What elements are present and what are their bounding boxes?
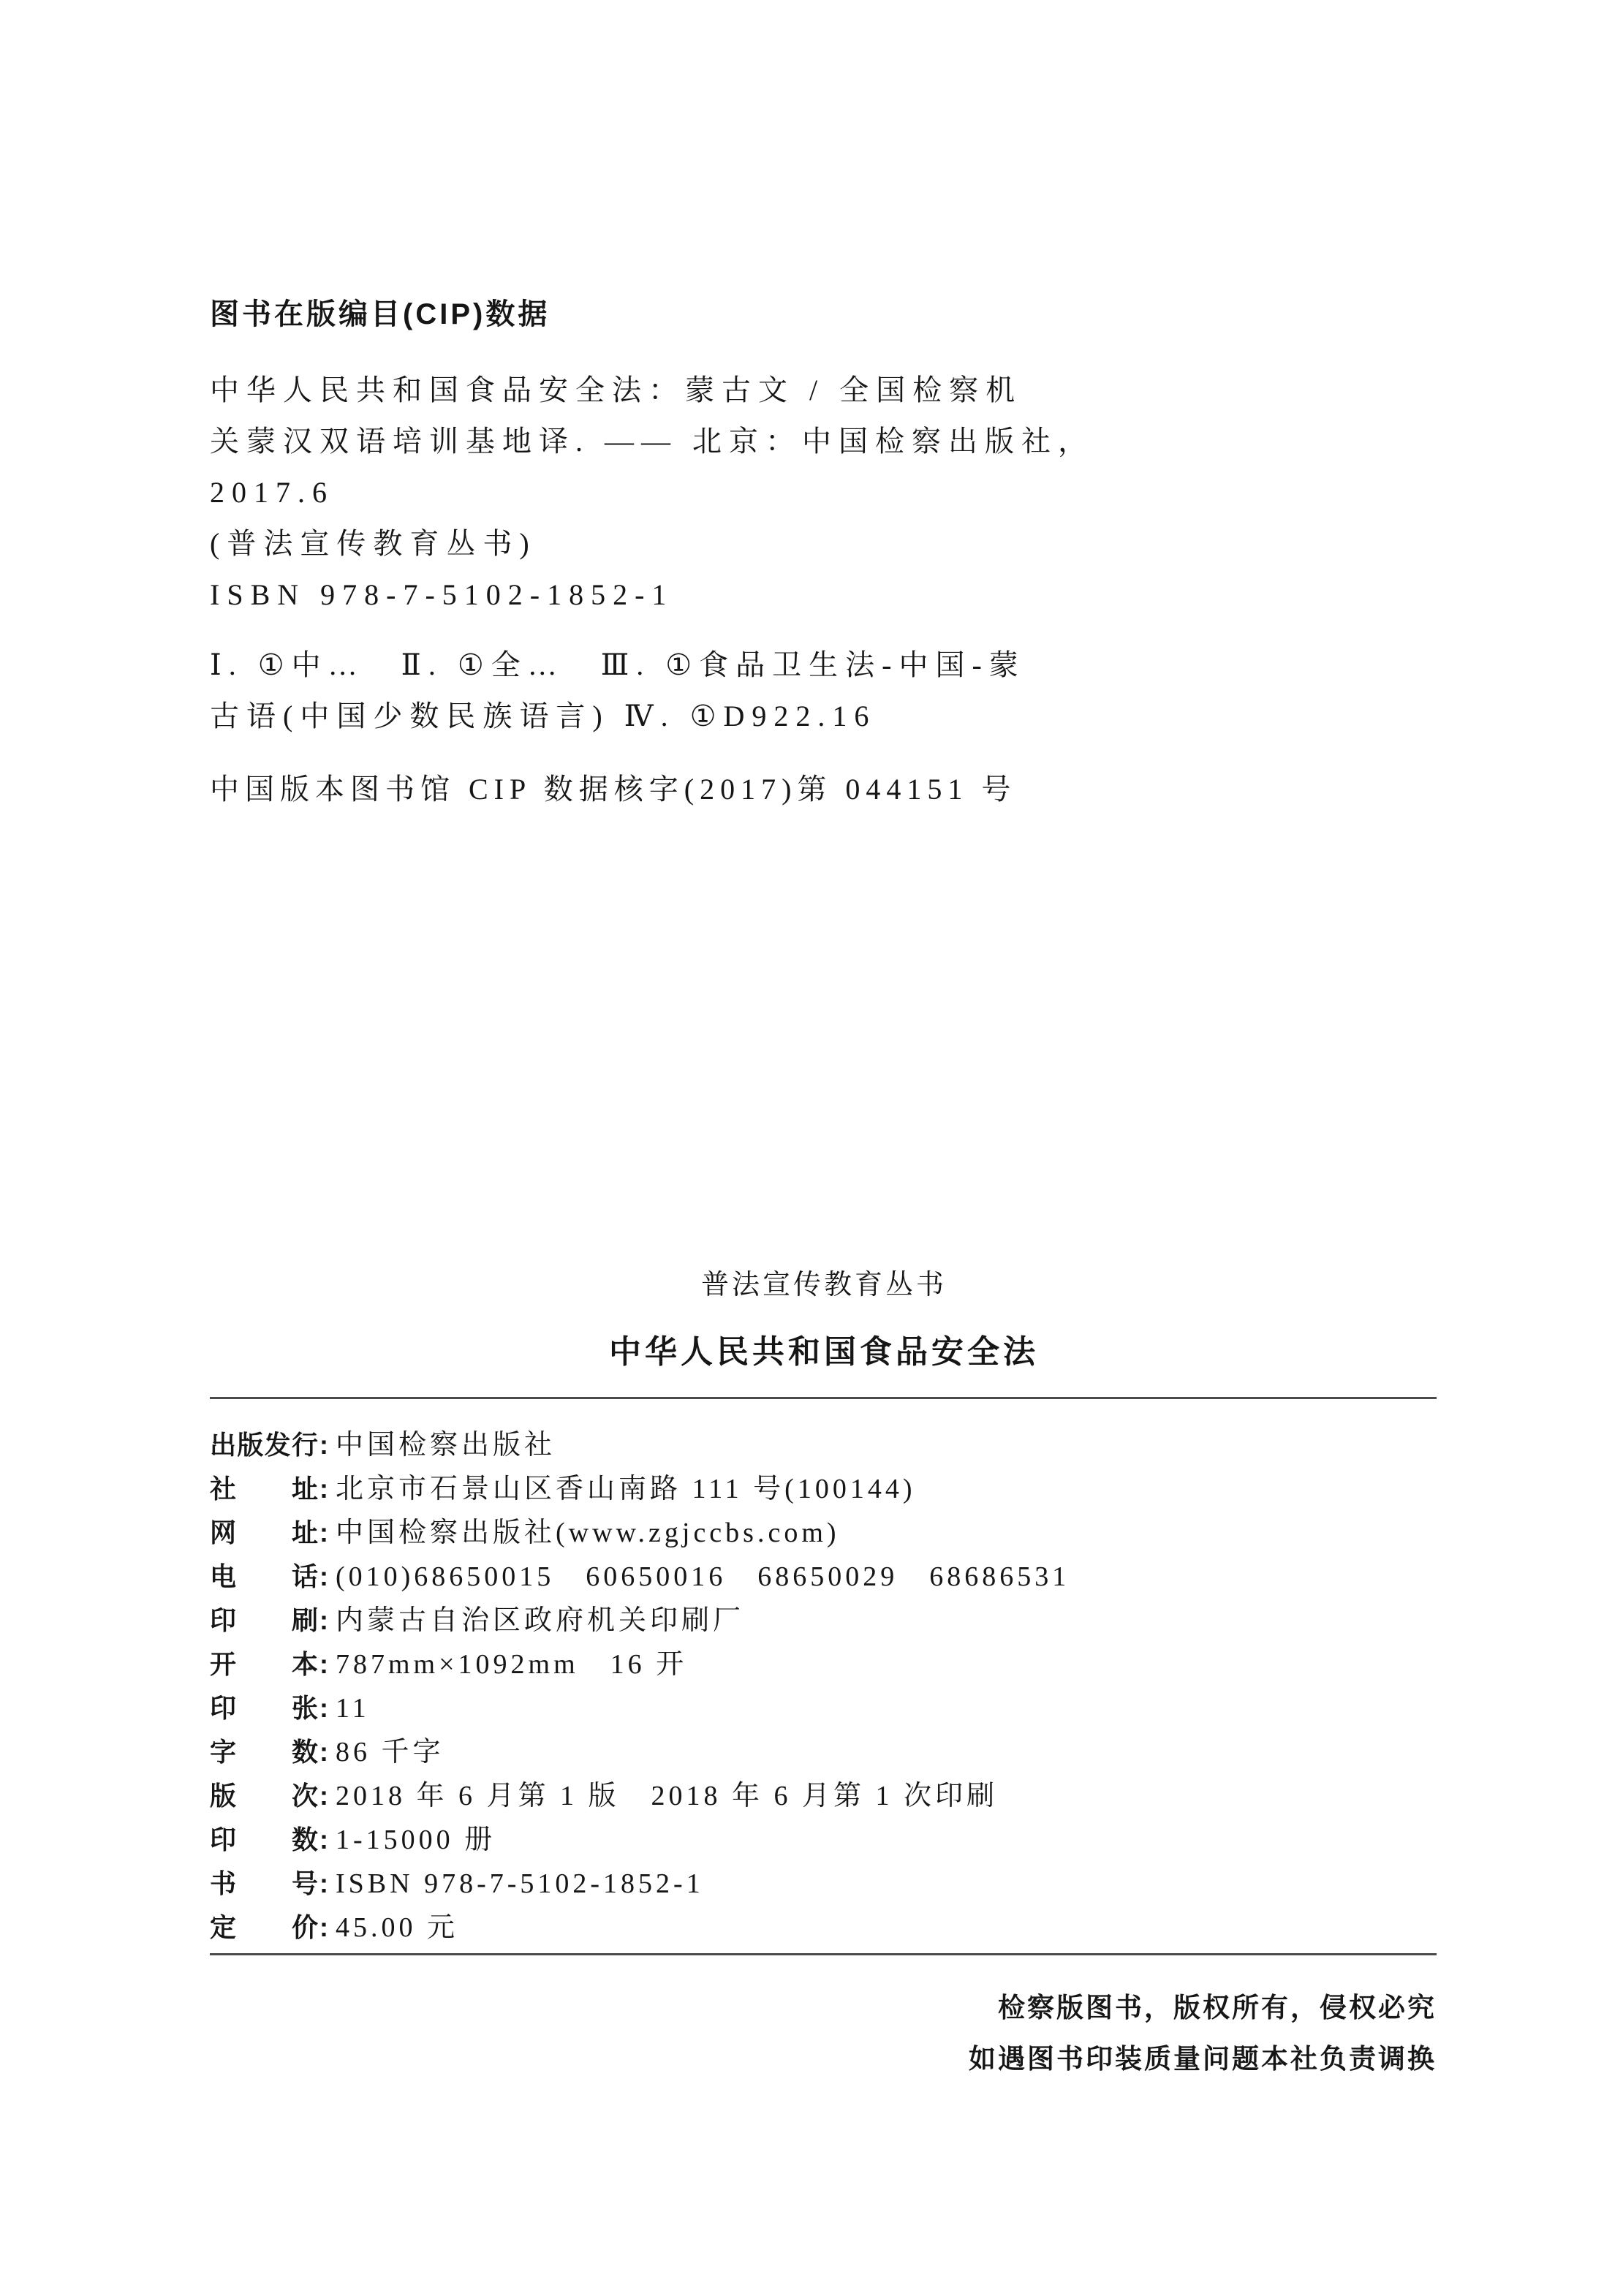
publication-value: 中国检察出版社: [336, 1423, 556, 1467]
divider-rule-top: [210, 1397, 1437, 1399]
cip-body-line: ISBN 978-7-5102-1852-1: [210, 569, 1445, 621]
publication-row: 社址:北京市石景山区香山南路 111 号(100144): [210, 1467, 1445, 1511]
publication-value: 内蒙古自治区政府机关印刷厂: [336, 1599, 744, 1643]
publication-colon: :: [319, 1774, 328, 1818]
publication-colon: :: [319, 1906, 328, 1950]
publication-colon: :: [319, 1599, 328, 1643]
book-title: 中华人民共和国食品安全法: [210, 1325, 1438, 1372]
publication-row: 出版发行:中国检察出版社: [210, 1423, 1445, 1467]
publication-row: 定价:45.00 元: [210, 1906, 1445, 1950]
publication-value: 45.00 元: [336, 1906, 458, 1950]
publication-label: 印刷: [210, 1599, 318, 1643]
publication-colon: :: [319, 1730, 328, 1774]
cip-body: 中华人民共和国食品安全法：蒙古文 / 全国检察机关蒙汉双语培训基地译. —— 北…: [210, 365, 1445, 621]
publication-label: 书号: [210, 1862, 318, 1906]
cip-section: 图书在版编目(CIP)数据 中华人民共和国食品安全法：蒙古文 / 全国检察机关蒙…: [210, 291, 1445, 815]
cip-record-number: 中国版本图书馆 CIP 数据核字(2017)第 044151 号: [210, 764, 1445, 815]
series-title: 普法宣传教育丛书: [210, 1262, 1438, 1302]
cip-heading: 图书在版编目(CIP)数据: [210, 291, 1445, 333]
publication-colon: :: [319, 1467, 328, 1511]
publication-info: 出版发行:中国检察出版社 社址:北京市石景山区香山南路 111 号(100144…: [210, 1423, 1445, 1950]
publication-colon: :: [319, 1643, 328, 1686]
book-copyright-page: 图书在版编目(CIP)数据 中华人民共和国食品安全法：蒙古文 / 全国检察机关蒙…: [0, 0, 1623, 2296]
cip-body-line: (普法宣传教育丛书): [210, 518, 1445, 569]
publication-value: 11: [336, 1686, 370, 1730]
cip-classification-line: Ⅰ. ①中… Ⅱ. ①全… Ⅲ. ①食品卫生法-中国-蒙: [210, 640, 1445, 691]
publication-colon: :: [319, 1423, 328, 1467]
publication-row: 字数:86 千字: [210, 1730, 1445, 1774]
publication-label: 电话: [210, 1555, 318, 1599]
publication-label: 印张: [210, 1686, 318, 1730]
notice-line: 如遇图书印装质量问题本社负责调换: [969, 2034, 1437, 2085]
publication-value: 中国检察出版社(www.zgjccbs.com): [336, 1511, 840, 1555]
cip-classification-line: 古语(中国少数民族语言) Ⅳ. ①D922.16: [210, 691, 1445, 742]
publication-value: 1-15000 册: [336, 1818, 496, 1862]
publication-colon: :: [319, 1511, 328, 1555]
publication-row: 电话:(010)68650015 60650016 68650029 68686…: [210, 1555, 1445, 1599]
publication-label: 出版发行: [210, 1423, 318, 1467]
publication-label: 版次: [210, 1774, 318, 1818]
publication-value: 2018 年 6 月第 1 版 2018 年 6 月第 1 次印刷: [336, 1774, 998, 1818]
publication-colon: :: [319, 1555, 328, 1599]
publication-label: 定价: [210, 1906, 318, 1950]
publication-label: 社址: [210, 1467, 318, 1511]
publication-row: 网址:中国检察出版社(www.zgjccbs.com): [210, 1511, 1445, 1555]
publication-label: 开本: [210, 1643, 318, 1686]
publication-label: 印数: [210, 1818, 318, 1862]
copyright-notices: 检察版图书，版权所有，侵权必究如遇图书印装质量问题本社负责调换: [969, 1982, 1437, 2085]
cip-body-line: 关蒙汉双语培训基地译. —— 北京：中国检察出版社，: [210, 416, 1445, 467]
publication-value: ISBN 978-7-5102-1852-1: [336, 1862, 704, 1906]
cip-body-line: 2017.6: [210, 467, 1445, 518]
publication-value: (010)68650015 60650016 68650029 68686531: [336, 1555, 1070, 1599]
publication-row: 印刷:内蒙古自治区政府机关印刷厂: [210, 1599, 1445, 1643]
divider-rule-bottom: [210, 1953, 1437, 1955]
publication-value: 86 千字: [336, 1730, 444, 1774]
cip-body-line: 中华人民共和国食品安全法：蒙古文 / 全国检察机: [210, 365, 1445, 416]
publication-colon: :: [319, 1686, 328, 1730]
publication-label: 网址: [210, 1511, 318, 1555]
publication-row: 印张:11: [210, 1686, 1445, 1730]
notice-line: 检察版图书，版权所有，侵权必究: [969, 1982, 1437, 2034]
publication-value: 787mm×1092mm 16 开: [336, 1643, 687, 1686]
publication-colon: :: [319, 1818, 328, 1862]
cip-classification: Ⅰ. ①中… Ⅱ. ①全… Ⅲ. ①食品卫生法-中国-蒙古语(中国少数民族语言)…: [210, 640, 1445, 742]
publication-value: 北京市石景山区香山南路 111 号(100144): [336, 1467, 916, 1511]
publication-row: 开本:787mm×1092mm 16 开: [210, 1643, 1445, 1686]
publication-row: 印数:1-15000 册: [210, 1818, 1445, 1862]
title-block: 普法宣传教育丛书 中华人民共和国食品安全法: [210, 1262, 1438, 1372]
publication-row: 版次:2018 年 6 月第 1 版 2018 年 6 月第 1 次印刷: [210, 1774, 1445, 1818]
publication-row: 书号:ISBN 978-7-5102-1852-1: [210, 1862, 1445, 1906]
publication-label: 字数: [210, 1730, 318, 1774]
publication-colon: :: [319, 1862, 328, 1906]
